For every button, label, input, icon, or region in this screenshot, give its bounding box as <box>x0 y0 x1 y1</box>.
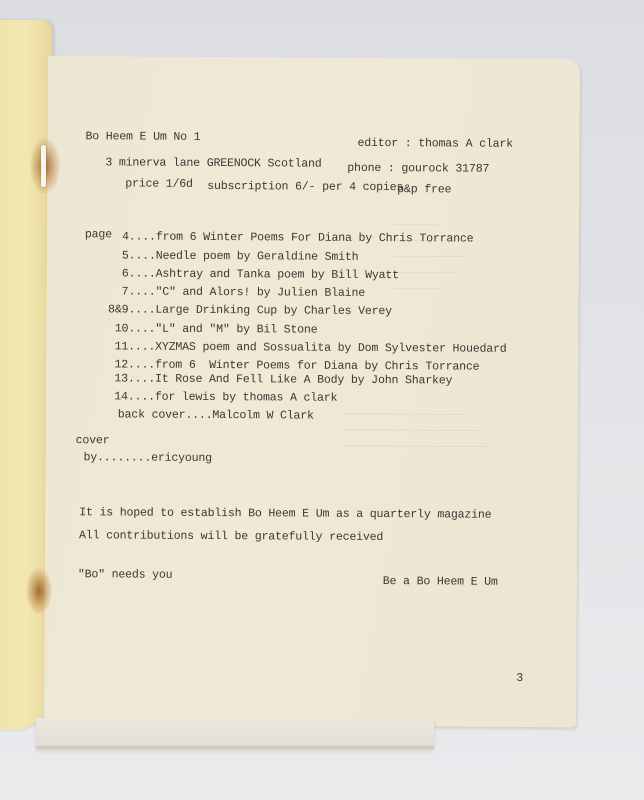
contents-entry: back cover....Malcolm W Clark <box>118 408 314 422</box>
dot-leader: .... <box>128 358 155 371</box>
contents-entry-title: Large Drinking Cup by Charles Verey <box>155 304 392 318</box>
postage: p&p free <box>397 183 451 196</box>
cover-label: cover <box>76 434 110 447</box>
contents-entry-title: XYZMAS poem and Sossualita by Dom Sylves… <box>155 341 506 356</box>
contents-entry-page: back cover <box>118 408 186 421</box>
contents-label: page <box>85 228 112 241</box>
contents-entry-page: 11 <box>115 340 129 353</box>
contents-entry-page: 13 <box>114 372 128 385</box>
contents-entry-title: for lewis by thomas A clark <box>155 391 338 405</box>
dot-leader: .... <box>129 230 156 243</box>
footer-right: Be a Bo Heem E Um <box>383 575 498 589</box>
contents-entry: 6....Ashtray and Tanka poem by Bill Wyat… <box>122 267 399 282</box>
dot-leader: .... <box>128 285 155 298</box>
contents-entry-title: It Rose And Fell Like A Body by John Sha… <box>155 373 452 388</box>
cover-credit: by........ericyoung <box>84 451 212 465</box>
rust-stain <box>26 568 52 614</box>
dot-leader: .... <box>128 340 155 353</box>
dot-leader: .... <box>129 267 156 280</box>
contents-entry-title: "L" and "M" by Bil Stone <box>155 323 317 337</box>
contents-entry: 4....from 6 Winter Poems For Diana by Ch… <box>122 230 473 245</box>
contents-entry: 7...."C" and Alors! by Julien Blaine <box>122 285 365 299</box>
contents-entry: 10...."L" and "M" by Bil Stone <box>115 322 318 336</box>
contents-entry-page: 12 <box>114 358 128 371</box>
show-through-text: ───────────────────── ──────────────────… <box>342 408 492 457</box>
editor-credit: editor : thomas A clark <box>357 137 512 151</box>
notes-line-2: All contributions will be gratefully rec… <box>79 529 383 544</box>
subscription: subscription 6/- per 4 copies <box>207 180 403 194</box>
dot-leader: .... <box>128 372 155 385</box>
page-number: 3 <box>516 672 523 685</box>
contents-entry: 12....from 6 Winter Poems for Diana by C… <box>114 358 479 373</box>
contents-entry-title: from 6 Winter Poems for Diana by Chris T… <box>155 359 479 374</box>
dot-leader: .... <box>185 409 212 422</box>
contents-entry-title: Ashtray and Tanka poem by Bill Wyatt <box>156 268 399 282</box>
show-through-text: ──────── ──────── ───────────── ────────… <box>389 218 468 298</box>
contents-entry-title: "C" and Alors! by Julien Blaine <box>155 286 365 300</box>
dot-leader: .... <box>128 322 155 335</box>
phone: phone : gourock 31787 <box>347 162 489 176</box>
contents-list: 4....from 6 Winter Poems For Diana by Ch… <box>48 56 580 59</box>
price: price 1/6d <box>125 177 193 190</box>
dot-leader: .... <box>128 390 155 403</box>
contents-entry: 5....Needle poem by Geraldine Smith <box>122 249 359 263</box>
contents-entry: 13....It Rose And Fell Like A Body by Jo… <box>114 372 452 387</box>
contents-entry-page: 14 <box>114 390 128 403</box>
footer-left: "Bo" needs you <box>78 568 173 582</box>
dot-leader: .... <box>129 249 156 262</box>
contents-entry-title: Needle poem by Geraldine Smith <box>156 250 359 264</box>
contents-entry: 11....XYZMAS poem and Sossualita by Dom … <box>115 340 507 355</box>
contents-entry-page: 10 <box>115 322 129 335</box>
contents-entry: 8&9....Large Drinking Cup by Charles Ver… <box>108 303 392 318</box>
dot-leader: .... <box>128 303 155 316</box>
staple <box>41 145 46 187</box>
contents-entry-title: from 6 Winter Poems For Diana by Chris T… <box>156 231 474 246</box>
booklet-page: ──────── ──────── ───────────── ────────… <box>44 56 580 727</box>
address: 3 minerva lane GREENOCK Scotland <box>105 156 321 170</box>
display-stand <box>36 718 434 749</box>
magazine-title: Bo Heem E Um No 1 <box>85 130 200 144</box>
contents-entry-title: Malcolm W Clark <box>212 409 313 423</box>
notes-line-1: It is hoped to establish Bo Heem E Um as… <box>79 506 491 522</box>
contents-entry: 14....for lewis by thomas A clark <box>114 390 337 404</box>
contents-entry-page: 8&9 <box>108 303 128 316</box>
